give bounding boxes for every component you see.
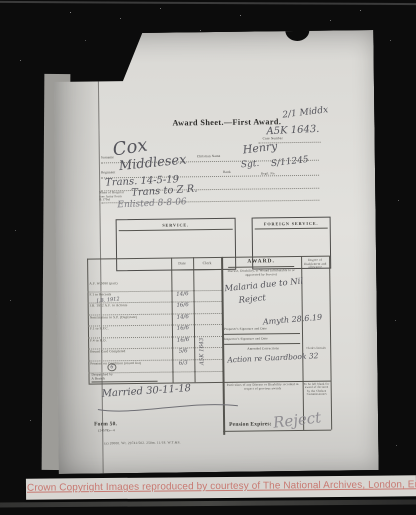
circled-number: 6 [107, 363, 116, 371]
corrections-side-label: Clerk's Initials [303, 347, 329, 351]
form-title: Award Sheet.—First Award. [172, 117, 281, 127]
clerk-column-header: Clerk [193, 261, 221, 266]
foreign-service-box-title: FOREIGN SERVICE. [255, 218, 328, 230]
corrections-header: Amended Corrections [224, 347, 302, 352]
archive-watermark-text: Crown Copyright Images reproduced by cou… [27, 479, 416, 494]
proposer-signature-handwriting: Amyth 28.6.19 [263, 313, 323, 327]
stub-date-entry: 6/3 [174, 360, 192, 367]
archive-watermark-strip: Crown Copyright Images reproduced by cou… [26, 475, 416, 499]
stub-row-label: F.1 to S.P.C. [90, 327, 170, 332]
surname-label: Surname [101, 156, 114, 160]
award-header: AWARD. [221, 258, 301, 266]
rank-handwriting: Sgt. [241, 159, 260, 170]
unit-annotation-handwriting: 2/1 Middx [282, 105, 329, 120]
form-number-sub: (24578)—4 [98, 429, 115, 433]
award-sheet-paper: Award Sheet.—First Award. 2/1 Middx A5K … [53, 30, 378, 474]
table-right-border [329, 256, 332, 430]
particulars-header: Particulars of any Disease or Disability… [225, 383, 301, 391]
christian-name-handwriting: Henry [242, 139, 278, 156]
regiment-label: Regiment [101, 171, 115, 175]
christian-name-label: Christian Name [197, 155, 221, 159]
scanned-document-page: Award Sheet.—First Award. 2/1 Middx A5K … [0, 0, 416, 515]
enlisted-date-handwriting: Enlisted 8-8-06 [117, 197, 187, 210]
stub-row-label: Bound Card Completed [90, 350, 170, 355]
stub-row-label: Notification to S.P. (Duplicate) [90, 316, 170, 321]
stub-date-entry: 16/6 [174, 337, 192, 344]
stub-row-label: Pension on Condition (round list) [90, 362, 170, 367]
blank-cell-note: To be left blank for award of decision b… [304, 383, 330, 397]
clerk-vertical-handwriting: A5K 1643 [198, 280, 205, 365]
pension-expires-label: Pension Expires: [229, 421, 272, 428]
print-code-footnote: (a) 20000. Wt. 29741/502. 250m. 11/18. W… [104, 440, 180, 445]
table-divider [193, 257, 196, 382]
stub-date-entry: 14/6 [173, 291, 191, 298]
married-note-handwriting: Married 30-11-18 [101, 383, 191, 400]
punch-notch [285, 20, 309, 41]
date-column-header: Date [171, 261, 193, 266]
service-box-title: SERVICE. [119, 219, 233, 231]
award-entry-line2-handwriting: Reject [238, 293, 266, 306]
stub-row-label: F.1 to Records [89, 293, 169, 298]
pension-expires-handwriting: Reject [272, 408, 322, 431]
stub-date-entry: 5/6 [174, 348, 192, 355]
inspector-signature-label: Inspector's Signature and Date [224, 337, 268, 341]
award-entry-line1-handwriting: Malaria due to Nil [224, 277, 303, 295]
stub-row-label: A.F. W.5080 (part) [89, 282, 169, 287]
circled-note-handwriting: 6 [107, 364, 116, 370]
stub-row-label: F.4 to R.O. [90, 339, 170, 344]
stub-date-entry: 14/6 [174, 314, 192, 321]
regimental-number-handwriting: S/11245 [270, 155, 309, 169]
rank-label: Rank [223, 171, 231, 175]
corrections-entry-handwriting: Action re Guardbook 32 [227, 351, 318, 364]
stub-date-entry: 16/6 [173, 302, 191, 309]
scan-scratch [0, 1, 416, 5]
header-underline [171, 269, 221, 271]
scan-smear [0, 500, 416, 508]
signature-rule [224, 333, 300, 335]
signature-rule [224, 343, 300, 345]
stub-row-label: I.B. 1912 A.F. to Actions [90, 304, 170, 309]
degree-column-header: Degree of disablement and allowance [302, 259, 328, 270]
proposer-signature-label: Proposer's Signature and Date [224, 327, 267, 331]
flourish-underline [94, 399, 244, 417]
award-subheader: Disease, Disability, or Wound (attributa… [223, 269, 299, 277]
stub-date-entry: 16/6 [174, 325, 192, 332]
case-number-handwriting: A5K 1643. [266, 124, 319, 137]
stub-date-entry [173, 280, 191, 281]
form-number: Form 50. [94, 421, 117, 428]
